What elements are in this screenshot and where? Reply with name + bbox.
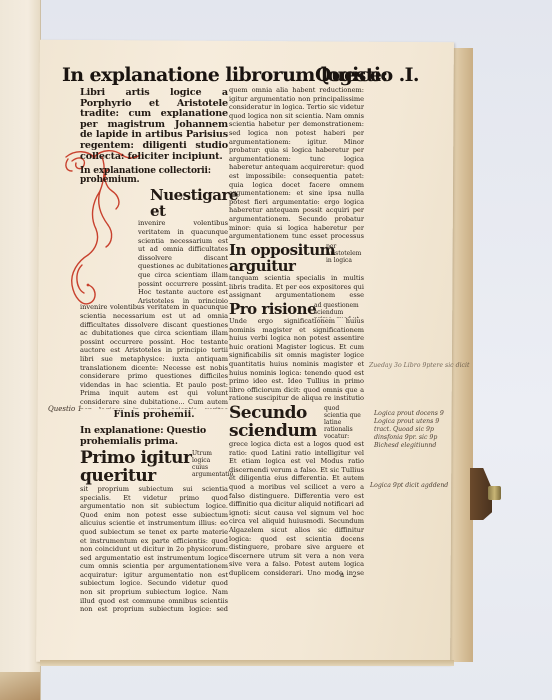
text-column-right: quem omnia alia habent reductionem: igit… xyxy=(229,86,364,578)
binding-corner xyxy=(0,672,40,700)
handwritten-note-2-line: tract. Quoad sic 9p xyxy=(374,426,444,434)
prologue-text-indented: invenire volentibus veritatem in quacunq… xyxy=(80,219,228,303)
oppositum-text: tanquam scientia specialis in multis lib… xyxy=(229,274,364,300)
running-head: In explanatione librorum logice: Questio… xyxy=(62,64,392,86)
book-left-board xyxy=(0,0,41,700)
finis-prohemii: Finis prohemii. xyxy=(80,411,228,420)
clasp-metal-catch xyxy=(488,486,501,500)
leather-clasp xyxy=(470,468,504,520)
arguments-text: quem omnia alia habent reductionem: igit… xyxy=(229,86,364,240)
oppositum-heading: In oppositum arguitur xyxy=(229,241,335,275)
page-bottom-edge xyxy=(40,660,454,666)
book-intro-heading: Libri artis logice a Porphyrio et Aristo… xyxy=(80,88,228,162)
questio-heading: In explanatione: Questio prohemialis pri… xyxy=(80,425,228,447)
prologue-text: invenire volentibus veritatem in quacunq… xyxy=(80,303,228,409)
running-head-questio: Questio .I. xyxy=(315,64,419,86)
handwritten-note-1: Zueday 3o Libro 9ptere sic dicit xyxy=(369,362,469,370)
pro-risione-side: ad questionem sciendum primo: quod ut po… xyxy=(314,302,364,318)
signature-mark: a 2 xyxy=(340,571,360,579)
prologue-heading: In explanatione collectorii: prohemium. xyxy=(80,167,228,184)
questio-text: sit proprium subiectum sui scientia spec… xyxy=(80,485,228,615)
questio-lead-side: Utrum logica cuius argumentatio xyxy=(192,450,228,478)
handwritten-note-2-line: Bichesd elegitiunnd xyxy=(374,442,444,450)
pro-risione-text: Unde ergo significationem huius nominis … xyxy=(229,317,364,403)
secundo-sciendum-heading: Secundo sciendum xyxy=(229,403,317,441)
handwritten-note-2-line: Logica prout utens 9 xyxy=(374,418,444,426)
secundo-text: grece logica dicta est a logos quod est … xyxy=(229,440,364,578)
handwritten-note-3: Logica 9pt dicit agddend xyxy=(370,482,448,490)
prologue-first-words: Nuestigare et xyxy=(150,187,228,219)
pro-risione-heading: Pro risione xyxy=(229,300,316,318)
margin-questio-label: Questio 1 xyxy=(48,405,82,413)
handwritten-note-2: Logica prout docens 9 Logica prout utens… xyxy=(374,410,444,450)
handwritten-note-2-line: dinsfonia 9pr. sic 9p xyxy=(374,434,444,442)
secundo-side: quod scientia que latine rationalis voca… xyxy=(324,405,364,440)
handwritten-note-2-line: Logica prout docens 9 xyxy=(374,410,444,418)
questio-lead: Primo igitur queritur xyxy=(80,448,191,486)
oppositum-side: per Aristotelem in logica xyxy=(326,243,364,264)
text-column-left: Libri artis logice a Porphyrio et Aristo… xyxy=(80,88,228,615)
